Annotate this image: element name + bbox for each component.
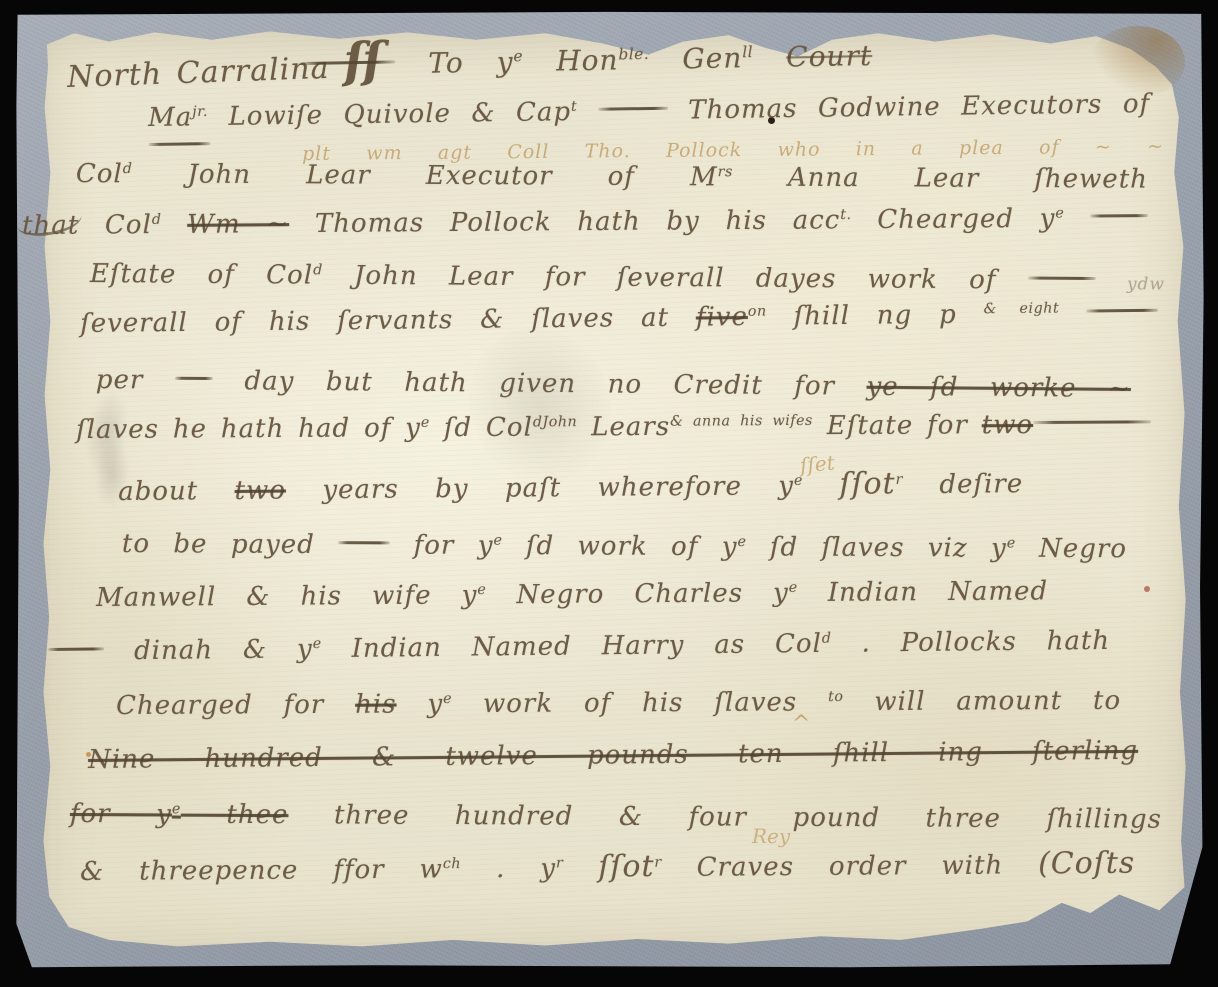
superscript-insertion: d (123, 161, 133, 177)
word-segment: day but hath given no Credit for (244, 366, 835, 401)
pen-dash (598, 106, 668, 110)
word-segment: thee (226, 800, 288, 830)
strikethrough-text: two (234, 476, 286, 506)
word-segment: ſd Col (444, 413, 533, 443)
pen-dash (1028, 276, 1096, 279)
word-segment: Chearged for (116, 690, 324, 721)
word-segment: ſſot (598, 849, 654, 884)
superscript-insertion: d (313, 262, 323, 278)
handwritten-line-slaves-had: ſlaves he hath had of ye ſd ColdJohn Lea… (76, 410, 1151, 446)
word-segment: three hundred & four pound three ſhillin… (334, 800, 1162, 834)
word-segment: that Col (22, 210, 152, 241)
word-segment: will amount to (874, 686, 1121, 717)
word-segment: To y (428, 45, 514, 79)
word-segment: dinah & y (134, 634, 313, 666)
word-segment: Indian Named Harry as Col (351, 629, 822, 664)
word-segment: Col (76, 159, 123, 189)
word-segment: Ma (148, 102, 193, 133)
word-segment: ſlaves he hath had of y (76, 413, 421, 445)
superscript-insertion: e (477, 582, 486, 598)
pen-dash (175, 376, 213, 379)
superscript-insertion: on (748, 304, 767, 320)
superscript-insertion: & anna his wifes (670, 413, 813, 430)
word-segment: Lears (591, 412, 670, 442)
word-segment: Eſtate for (827, 410, 968, 441)
ink-ghost-sset: ſſet (799, 451, 836, 478)
word-segment: ~ ~ (1095, 135, 1164, 158)
word-segment: Court (786, 39, 873, 73)
superscript-insertion: e (1055, 205, 1064, 221)
handwritten-line-executor: Cold John Lear Executor of Mrs Anna Lear… (76, 160, 1148, 196)
superscript-insertion: r (895, 472, 902, 488)
word-segment: ſhill ng p (793, 300, 956, 332)
strikethrough-text: five (696, 302, 748, 333)
pen-dash (1033, 420, 1151, 424)
superscript-insertion: r (654, 855, 661, 871)
word-segment: Hon (556, 43, 619, 77)
pen-dash (338, 541, 390, 544)
strikethrough-text: Wm ~ (187, 209, 289, 240)
red-speck (1144, 586, 1150, 592)
superscript-insertion: t. (840, 207, 851, 223)
word-segment: Thomas Godwine Executors of (688, 89, 1150, 125)
corner-stain (1090, 26, 1185, 98)
superscript-insertion: r (556, 855, 563, 871)
pen-dash (149, 143, 211, 147)
word-segment: ſd work of y (526, 531, 738, 562)
word-segment: Anna Lear ſheweth (788, 163, 1148, 195)
handwritten-line-payment-request: to be payed for ye ſd work of ye ſd ſlav… (122, 530, 1127, 565)
word-segment: Lowiſe Quivole & Cap (228, 97, 571, 132)
word-segment: Gen (682, 41, 743, 75)
superscript-insertion: t (571, 99, 577, 115)
word-segment: ſd ſlaves viz y (770, 532, 1007, 563)
superscript-insertion: John (542, 414, 577, 430)
superscript-insertion: e (737, 534, 746, 550)
superscript-insertion: & eight (984, 300, 1060, 317)
word-segment: . y (496, 854, 556, 884)
word-segment: for y (414, 531, 494, 561)
photograph-of-manuscript: { "scene": { "background_color": "#06060… (0, 0, 1218, 987)
word-segment: Thomas Pollock hath by his acc (315, 205, 841, 239)
word-segment: deſire (939, 469, 1023, 500)
superscript-insertion: e (421, 415, 430, 431)
superscript-insertion: e (172, 801, 181, 817)
strikethrough-text: ye ſd worke ~ (866, 372, 1131, 404)
superscript-insertion: rs (718, 164, 733, 180)
word-segment: Craves order with (697, 851, 1004, 883)
word-segment: for y (70, 799, 172, 830)
word-segment: & threepence ffor w (80, 854, 443, 887)
word-segment: ſeverall of his ſervants & ſlaves at (80, 303, 669, 339)
handwritten-line-amount: Chearged for his ye work of his ſlaves t… (116, 687, 1121, 722)
strikethrough-text: his (355, 690, 397, 720)
word-segment: . Pollocks hath (861, 626, 1110, 659)
superscript-insertion: ll (742, 43, 753, 61)
word-segment: Chearged y (877, 204, 1055, 235)
handwritten-line-corrected-sum: for ye thee three hundred & four pound t… (70, 800, 1162, 836)
word-segment: who in a plea of (777, 136, 1059, 160)
superscript-insertion: ch (443, 856, 461, 872)
word-segment: ſſot (839, 466, 895, 501)
strikethrough-text: two (982, 410, 1034, 440)
word-segment: y (427, 689, 443, 719)
word-segment: Indian Named (828, 576, 1048, 608)
ink-ghost-caret: ^ (792, 712, 810, 737)
superscript-insertion: e (513, 47, 523, 65)
word-segment: work of his ſlaves (483, 687, 797, 719)
pen-dash (300, 60, 395, 65)
handwritten-line-prayer: & threepence ffor wch . yr ſſotr Craves … (80, 847, 1135, 889)
word-segment: John Lear for ſeverall dayes work of (354, 261, 997, 295)
word-segment: to be payed (122, 529, 315, 560)
superscript-insertion: e (493, 533, 502, 549)
superscript-insertion: ble. (618, 45, 649, 64)
superscript-insertion: e (313, 636, 322, 652)
pen-dash (1086, 308, 1158, 312)
word-segment: Coll Tho. Pollock (507, 139, 742, 163)
superscript-insertion: d (822, 631, 832, 647)
strikethrough-text: for ye thee (70, 799, 289, 830)
word-segment: years by paſt wherefore y (322, 471, 794, 505)
word-segment: per (96, 365, 144, 395)
word-segment: Negro (1039, 534, 1127, 564)
superscript-insertion: d (152, 212, 162, 228)
pen-dash (48, 647, 104, 651)
word-segment: ydw (1127, 273, 1165, 293)
word-segment: North Carralina (67, 51, 330, 95)
word-segment: Eſtate of Col (90, 259, 313, 291)
word-segment: about (118, 476, 198, 507)
word-segment: John Lear Executor of M (187, 160, 717, 193)
word-segment: Manwell & his wife y (96, 580, 478, 613)
superscript-insertion: to (828, 689, 843, 705)
word-segment: (Coſts (1038, 846, 1135, 882)
word-segment: Negro Charles y (516, 578, 789, 610)
superscript-insertion: e (443, 691, 452, 707)
ink-ghost-rey: Rey (752, 824, 790, 848)
superscript-insertion: e (1007, 535, 1016, 551)
superscript-insertion: jr. (192, 104, 208, 120)
superscript-insertion: e (789, 580, 798, 596)
pen-dash (1090, 214, 1148, 217)
